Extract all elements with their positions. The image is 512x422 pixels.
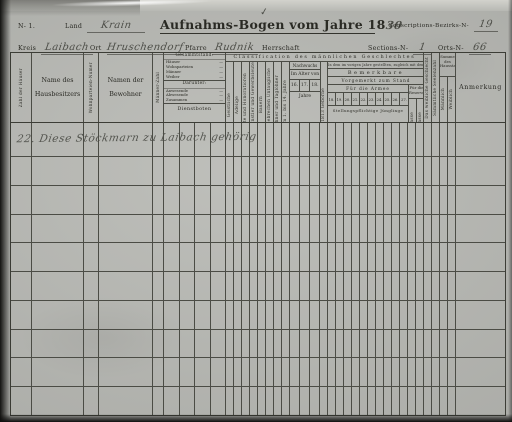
- body-cell: [226, 215, 234, 243]
- body-cell: [424, 272, 432, 300]
- body-cell: [320, 358, 328, 386]
- body-cell: [211, 358, 227, 386]
- body-cell: [266, 157, 274, 185]
- body-cell: [376, 243, 384, 271]
- body-cell: [32, 358, 84, 386]
- body-cell: [352, 387, 360, 415]
- body-cell: [153, 387, 164, 415]
- body-cell: [384, 272, 392, 300]
- col-house-number: Zahl der Häuser: [11, 53, 32, 122]
- body-cell: [440, 123, 448, 156]
- body-cell: [400, 186, 408, 214]
- body-cell: [440, 358, 448, 386]
- body-cell: [448, 301, 456, 329]
- body-cell: [84, 301, 99, 329]
- body-cell: [384, 215, 392, 243]
- body-cell: [448, 330, 456, 358]
- body-cell: [328, 358, 336, 386]
- body-cell: [352, 186, 360, 214]
- body-cell: [344, 301, 352, 329]
- sections-label: Sections-N-: [368, 45, 408, 52]
- body-cell: [328, 272, 336, 300]
- body-cell: [258, 387, 266, 415]
- nachwuchs-unit: Jahre: [290, 92, 320, 101]
- table-body: 22. Diese Stöckmarn zu Laibach gehörig: [11, 123, 505, 415]
- body-cell: [392, 301, 400, 329]
- body-cell: [242, 243, 250, 271]
- body-cell: [266, 272, 274, 300]
- body-cell: [432, 358, 440, 386]
- body-cell: [360, 123, 368, 156]
- reserve-column: 2. Classe: [417, 99, 424, 122]
- body-cell: [400, 123, 408, 156]
- col-men-count-label: Männer-Zahl: [156, 72, 161, 103]
- body-cell: [153, 243, 164, 271]
- year-cell: 26.: [392, 93, 400, 105]
- body-cell: [328, 387, 336, 415]
- body-cell: [448, 272, 456, 300]
- body-cell: [328, 330, 336, 358]
- body-cell: [408, 330, 416, 358]
- body-cell: [392, 272, 400, 300]
- body-cell: [258, 301, 266, 329]
- body-cell: [320, 301, 328, 329]
- body-cell: [456, 243, 505, 271]
- col-owner-name: Name des Hausbesitzers: [32, 53, 84, 122]
- body-cell: [282, 387, 290, 415]
- body-cell: [300, 186, 310, 214]
- body-cell: [180, 272, 196, 300]
- household-sum-column: Weiblich: [448, 77, 455, 122]
- body-cell: [242, 186, 250, 214]
- body-cell: [290, 215, 300, 243]
- classification-title: Classification des männlichen Geschlecht…: [226, 53, 423, 62]
- body-cell: [336, 243, 344, 271]
- year-cell: 25.: [384, 93, 392, 105]
- nachwuchs-age-cells: 16.17.18.: [290, 79, 320, 92]
- body-cell: [400, 387, 408, 415]
- body-cell: [250, 157, 258, 185]
- nachwuchs-age-label: Im Alter von: [290, 70, 320, 79]
- body-cell: [360, 157, 368, 185]
- body-cell: [320, 243, 328, 271]
- table-header: Zahl der Häuser Name des Hausbesitzers W…: [11, 53, 505, 123]
- body-cell: [266, 243, 274, 271]
- body-cell: [180, 301, 196, 329]
- land-value-handwritten: Krain: [100, 21, 132, 31]
- body-cell: [32, 330, 84, 358]
- body-cell: [195, 243, 211, 271]
- vormerk-title: Bemerkbare: [328, 69, 424, 77]
- body-cell: [352, 272, 360, 300]
- body-cell: [352, 243, 360, 271]
- body-cell: [99, 215, 153, 243]
- body-cell: [392, 186, 400, 214]
- col-dwelling-party-label: Wohnparteien-Numer: [89, 62, 94, 113]
- body-cell: [344, 215, 352, 243]
- body-cell: [266, 215, 274, 243]
- body-cell: [164, 330, 180, 358]
- classification-column: Adelige: [234, 62, 242, 122]
- census-form-photo: N- 1. Land Krain ✓ Aufnahms-Bogen vom Ja…: [0, 0, 512, 422]
- ort-label: Ort: [90, 45, 102, 52]
- body-cell: [250, 301, 258, 329]
- body-cell: [368, 301, 376, 329]
- body-cell: [290, 330, 300, 358]
- body-cell: [456, 157, 505, 185]
- empty-row: [11, 156, 505, 185]
- body-cell: [384, 330, 392, 358]
- classification-column: Bürger, Künstler und Gewerbsleute: [250, 62, 258, 122]
- nachwuchs-age-cell: 16.: [290, 80, 300, 91]
- body-cell: [310, 330, 320, 358]
- body-cell: [266, 358, 274, 386]
- nachwuchs-strip-label: Vom 1. bis 14. Jahre: [283, 80, 288, 122]
- body-cell: [368, 123, 376, 156]
- body-cell: [336, 358, 344, 386]
- body-cell: [234, 272, 242, 300]
- body-cell: [180, 186, 196, 214]
- body-cell: [344, 358, 352, 386]
- col-dwelling-party-number: Wohnparteien-Numer: [84, 53, 99, 122]
- body-cell: [384, 301, 392, 329]
- body-cell: [368, 272, 376, 300]
- body-cell: [266, 186, 274, 214]
- summary-total-rows: HäuserWohnparteienMännerWeiber: [164, 60, 225, 80]
- body-cell: [432, 123, 440, 156]
- body-cell: [440, 215, 448, 243]
- body-cell: [282, 186, 290, 214]
- body-cell: [211, 215, 227, 243]
- body-cell: [344, 330, 352, 358]
- col-total-souls: Sämmtliche Seelenzahl: [432, 53, 440, 122]
- body-cell: [226, 330, 234, 358]
- body-cell: [234, 157, 242, 185]
- body-cell: [408, 157, 416, 185]
- body-cell: [11, 243, 32, 271]
- body-cell: [99, 243, 153, 271]
- classification-column: Inwohner und Taglöhner: [274, 62, 282, 122]
- body-cell: [448, 387, 456, 415]
- body-cell: [352, 123, 360, 156]
- body-cell: [242, 301, 250, 329]
- body-cell: [99, 272, 153, 300]
- body-cell: [274, 157, 282, 185]
- body-cell: [456, 330, 505, 358]
- body-cell: [180, 387, 196, 415]
- body-cell: [336, 157, 344, 185]
- body-cell: [368, 243, 376, 271]
- body-cell: [180, 215, 196, 243]
- empty-row: [11, 300, 505, 329]
- body-cell: [376, 301, 384, 329]
- body-cell: [400, 215, 408, 243]
- body-cell: [180, 358, 196, 386]
- body-cell: [408, 215, 416, 243]
- body-cell: [424, 157, 432, 185]
- body-cell: [328, 186, 336, 214]
- body-cell: [211, 186, 227, 214]
- body-cell: [266, 123, 274, 156]
- body-cell: [99, 358, 153, 386]
- body-cell: [448, 186, 456, 214]
- body-cell: [376, 186, 384, 214]
- body-cell: [234, 243, 242, 271]
- body-cell: [408, 243, 416, 271]
- body-cell: [448, 123, 456, 156]
- body-cell: [408, 387, 416, 415]
- body-cell: [424, 330, 432, 358]
- body-cell: [211, 272, 227, 300]
- body-cell: [11, 157, 32, 185]
- body-cell: [432, 186, 440, 214]
- body-cell: [392, 215, 400, 243]
- body-cell: [310, 243, 320, 271]
- body-cell: [440, 243, 448, 271]
- body-cell: [300, 301, 310, 329]
- body-cell: [164, 272, 180, 300]
- body-cell: [300, 123, 310, 156]
- body-cell: [456, 387, 505, 415]
- year-cell: 23.: [368, 93, 376, 105]
- body-cell: [242, 387, 250, 415]
- male-classification-group: Classification des männlichen Geschlecht…: [226, 53, 424, 122]
- body-cell: [344, 157, 352, 185]
- body-cell: [368, 387, 376, 415]
- body-cell: [416, 123, 424, 156]
- body-cell: [432, 272, 440, 300]
- body-cell: [310, 123, 320, 156]
- orts-number-label: Orts-N-: [438, 45, 464, 52]
- body-cell: [242, 215, 250, 243]
- body-cell: [360, 330, 368, 358]
- body-cell: [234, 330, 242, 358]
- body-cell: [195, 186, 211, 214]
- body-cell: [32, 157, 84, 185]
- body-cell: [282, 358, 290, 386]
- body-cell: [376, 157, 384, 185]
- col-residents-names: Namen der Bewohner: [99, 53, 153, 122]
- body-cell: [11, 387, 32, 415]
- body-cell: [153, 272, 164, 300]
- body-cell: [290, 387, 300, 415]
- body-cell: [266, 330, 274, 358]
- body-cell: [360, 301, 368, 329]
- body-cell: [250, 272, 258, 300]
- body-cell: [153, 330, 164, 358]
- body-cell: [282, 157, 290, 185]
- body-cell: [376, 123, 384, 156]
- body-cell: [234, 215, 242, 243]
- body-cell: [234, 358, 242, 386]
- body-cell: [440, 272, 448, 300]
- summary-row: Zusammen: [164, 98, 225, 103]
- body-cell: [360, 358, 368, 386]
- body-cell: [360, 186, 368, 214]
- body-cell: [226, 243, 234, 271]
- body-cell: [164, 358, 180, 386]
- body-cell: [392, 157, 400, 185]
- body-cell: [258, 330, 266, 358]
- body-cell: [250, 215, 258, 243]
- body-cell: [258, 358, 266, 386]
- body-cell: [456, 215, 505, 243]
- body-cell: [282, 215, 290, 243]
- body-cell: [336, 272, 344, 300]
- body-cell: [416, 272, 424, 300]
- body-cell: [376, 330, 384, 358]
- reserve-columns: 1. Classe2. Classe: [409, 99, 424, 122]
- aufnahms-bogen-form: N- 1. Land Krain ✓ Aufnahms-Bogen vom Ja…: [10, 11, 508, 416]
- body-cell: [242, 272, 250, 300]
- body-cell: [400, 301, 408, 329]
- col-female-sex: Das weibliche Geschlecht: [424, 53, 432, 122]
- body-cell: [424, 243, 432, 271]
- photo-right-edge: [508, 0, 512, 422]
- body-cell: [195, 330, 211, 358]
- body-cell: [11, 330, 32, 358]
- body-cell: [153, 301, 164, 329]
- sheet-number: N- 1.: [18, 13, 35, 32]
- empty-row: [11, 271, 505, 300]
- body-cell: [300, 387, 310, 415]
- empty-row: [11, 386, 505, 415]
- body-cell: [164, 243, 180, 271]
- body-cell: [368, 157, 376, 185]
- body-cell: [400, 157, 408, 185]
- body-cell: [32, 272, 84, 300]
- body-cell: [408, 358, 416, 386]
- body-cell: [99, 387, 153, 415]
- body-cell: [211, 301, 227, 329]
- body-cell: [328, 243, 336, 271]
- body-cell: [416, 387, 424, 415]
- body-cell: [440, 301, 448, 329]
- body-cell: [211, 243, 227, 271]
- body-cell: [352, 301, 360, 329]
- year-cells: 18.19.20.21.22.23.24.25.26.27.: [328, 93, 408, 106]
- body-cell: [290, 123, 300, 156]
- body-cell: [195, 215, 211, 243]
- body-cell: [336, 387, 344, 415]
- body-cell: [234, 301, 242, 329]
- col-house-number-label: Zahl der Häuser: [19, 68, 24, 107]
- body-cell: [32, 243, 84, 271]
- handwritten-note-number: 22.: [16, 133, 37, 145]
- body-cell: [384, 157, 392, 185]
- classification-columns: GeistlicheAdeligeBeamte und Honoratioren…: [226, 62, 282, 122]
- body-cell: [242, 330, 250, 358]
- body-cell: [456, 272, 505, 300]
- body-cell: [352, 215, 360, 243]
- body-cell: [195, 301, 211, 329]
- body-cell: [336, 215, 344, 243]
- vormerk-subtitle: Vorgemerkt zum Stand: [328, 77, 424, 85]
- body-cell: [376, 272, 384, 300]
- body-cell: [180, 157, 196, 185]
- body-cell: [344, 186, 352, 214]
- summary-total-box: Gesammtstand: HäuserWohnparteienMännerWe…: [164, 53, 225, 81]
- household-sum-column: Männlich: [440, 77, 448, 122]
- body-cell: [320, 123, 328, 156]
- body-cell: [226, 186, 234, 214]
- body-cell: [448, 215, 456, 243]
- body-cell: [310, 272, 320, 300]
- body-cell: [310, 215, 320, 243]
- body-cell: [274, 358, 282, 386]
- body-cell: [164, 387, 180, 415]
- nachwuchs-title: Nachwuchs: [290, 62, 320, 70]
- body-cell: [344, 243, 352, 271]
- body-cell: [416, 330, 424, 358]
- body-cell: [300, 272, 310, 300]
- body-cell: [368, 215, 376, 243]
- body-cell: [440, 387, 448, 415]
- conscription-district-field: Conscriptions-Bezirks-N- 19: [388, 12, 498, 32]
- census-table: Zahl der Häuser Name des Hausbesitzers W…: [10, 52, 506, 416]
- photo-glare-streak: [52, 0, 212, 8]
- armee-label: Für die Armee: [328, 85, 408, 93]
- year-cell: 22.: [360, 93, 368, 105]
- empty-row: [11, 242, 505, 271]
- body-cell: [180, 330, 196, 358]
- body-cell: [360, 272, 368, 300]
- year-cell: 24.: [376, 93, 384, 105]
- body-cell: [226, 272, 234, 300]
- body-cell: [211, 330, 227, 358]
- classification-column: Geistliche: [226, 62, 234, 122]
- body-cell: [290, 358, 300, 386]
- col-female-sex-label: Das weibliche Geschlecht: [425, 57, 430, 119]
- body-cell: [258, 123, 266, 156]
- body-cell: [290, 186, 300, 214]
- body-cell: [376, 358, 384, 386]
- body-cell: [153, 157, 164, 185]
- body-cell: [310, 157, 320, 185]
- body-cell: [99, 157, 153, 185]
- body-cell: [392, 243, 400, 271]
- body-cell: [408, 186, 416, 214]
- col-remark: Anmerkung: [456, 53, 505, 122]
- conscription-district-value-handwritten: 19: [478, 20, 493, 30]
- body-cell: [408, 301, 416, 329]
- body-cell: [400, 330, 408, 358]
- body-cell: [376, 387, 384, 415]
- body-cell: [456, 301, 505, 329]
- body-cell: [153, 215, 164, 243]
- born-year-strip-label: 1813 Geborne: [321, 88, 326, 122]
- body-cell: [424, 186, 432, 214]
- body-cell: [344, 387, 352, 415]
- body-cell: [84, 272, 99, 300]
- body-cell: [274, 243, 282, 271]
- body-cell: [11, 215, 32, 243]
- body-cell: [336, 301, 344, 329]
- body-cell: [352, 330, 360, 358]
- body-cell: [424, 215, 432, 243]
- body-cell: [440, 186, 448, 214]
- reserve-column: 1. Classe: [409, 99, 417, 122]
- year-cell: 19.: [336, 93, 344, 105]
- body-cell: [11, 186, 32, 214]
- paper-top-edge: [0, 0, 512, 11]
- body-cell: [258, 186, 266, 214]
- nachwuchs-age-strip: Vom 1. bis 14. Jahre: [282, 62, 290, 122]
- body-cell: [320, 215, 328, 243]
- reserve-title: Für die Reserve: [409, 85, 424, 99]
- body-cell: [344, 123, 352, 156]
- body-cell: [352, 157, 360, 185]
